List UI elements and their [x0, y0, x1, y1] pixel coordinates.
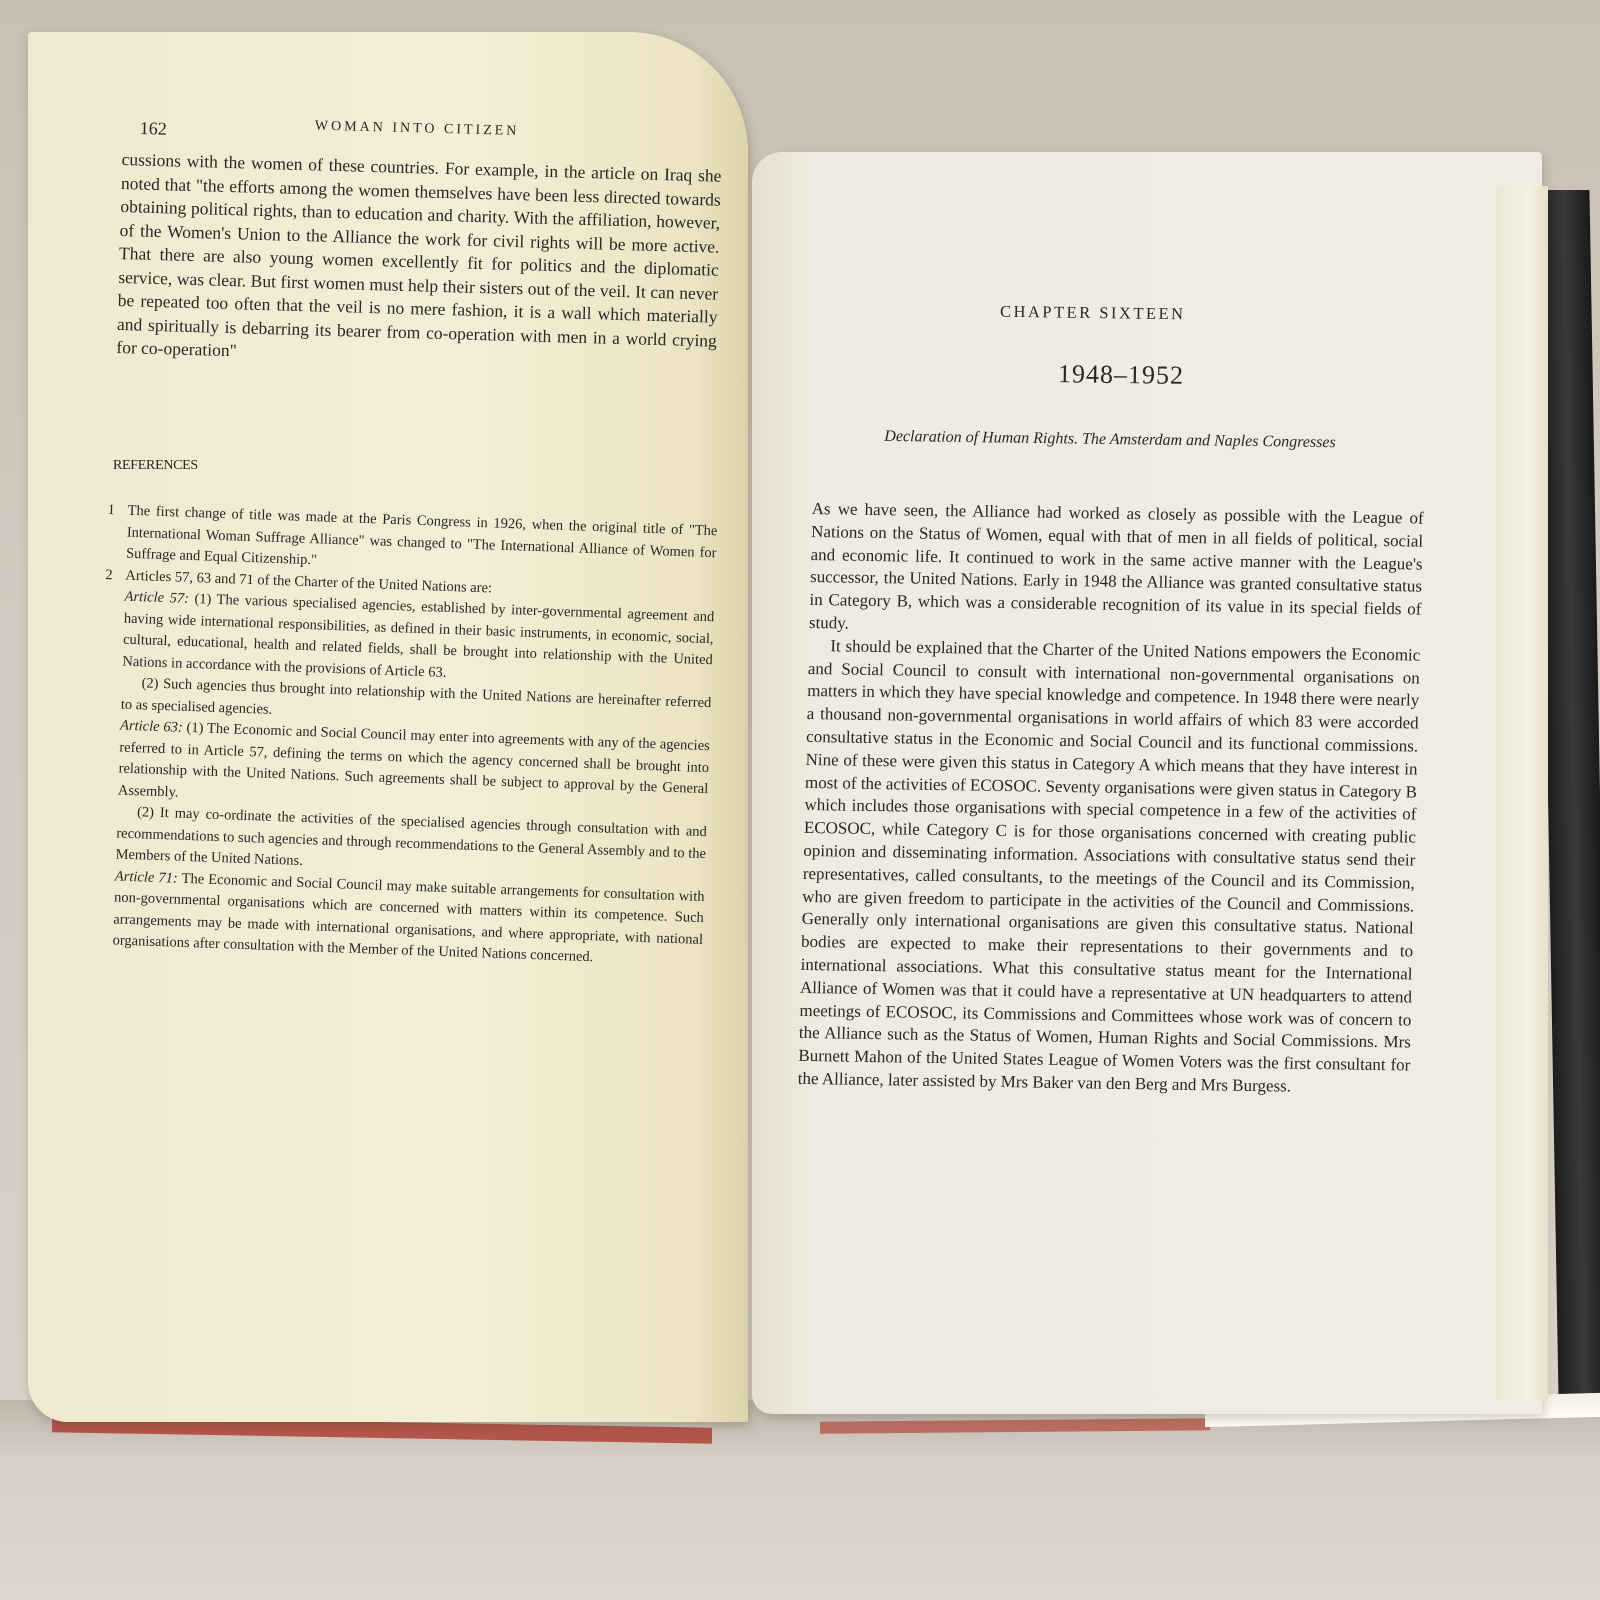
chapter-title: 1948–1952 [1058, 359, 1184, 391]
body-paragraph: As we have seen, the Alliance had worked… [809, 498, 1424, 644]
article-text: The Economic and Social Council may make… [112, 870, 704, 965]
chapter-label: CHAPTER SIXTEEN [1000, 302, 1186, 325]
reference-number: 1 [107, 500, 115, 522]
reference-number: 2 [105, 564, 113, 586]
article-label: Article 63: [120, 718, 183, 736]
body-paragraph: It should be explained that the Charter … [798, 635, 1421, 1100]
right-page-stack-edge [1496, 186, 1548, 1400]
page-number: 162 [139, 118, 167, 140]
references-heading: REFERENCES [113, 458, 198, 474]
left-page-body: cussions with the women of these countri… [116, 148, 722, 376]
article-text: (1) The various specialised agencies, es… [122, 591, 714, 680]
reference-item: 2 Articles 57, 63 and 71 of the Charter … [92, 564, 715, 972]
references-list: 1 The first change of title was made at … [92, 500, 717, 973]
right-page-body: As we have seen, the Alliance had worked… [798, 498, 1424, 1100]
article-label: Article 71: [115, 868, 178, 886]
article-label: Article 57: [124, 589, 189, 607]
body-paragraph: cussions with the women of these countri… [116, 148, 722, 376]
